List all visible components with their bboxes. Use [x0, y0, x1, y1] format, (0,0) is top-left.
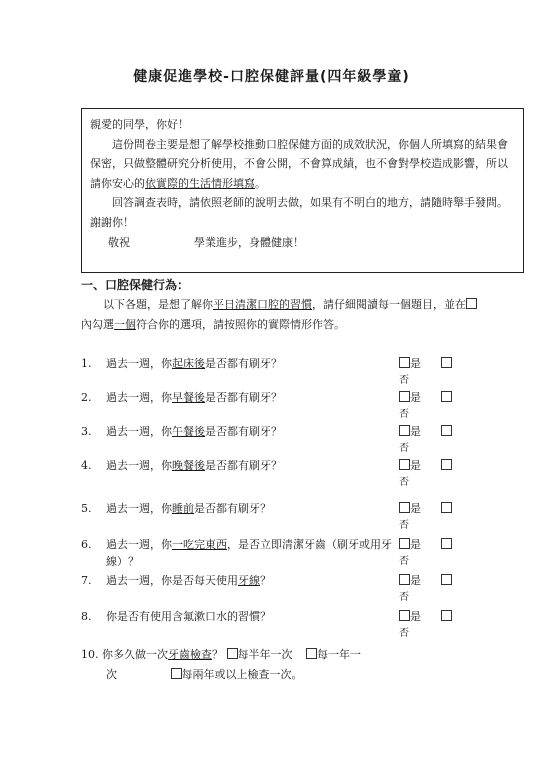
q-emphasis: 一吃完東西 — [172, 538, 227, 551]
yes-checkbox[interactable] — [399, 391, 410, 402]
q-text: 你多久做一次 — [102, 648, 168, 661]
question-text: 過去一週，你早餐後是否都有刷牙？ — [106, 389, 396, 406]
closing-left: 敬祝 — [108, 236, 130, 249]
question-number: 3. — [81, 423, 103, 440]
option-one-year-label: 每一年一 — [317, 648, 361, 661]
closing-right: 學業進步，身體健康！ — [194, 236, 304, 249]
q-text: 過去一週，你 — [106, 502, 172, 515]
section-heading: 一、口腔保健行為： — [81, 276, 189, 293]
question-number: 7. — [81, 572, 103, 589]
option-one-year-checkbox[interactable] — [306, 648, 317, 659]
yes-label: 是 — [410, 425, 421, 438]
no-label: 否 — [399, 440, 409, 457]
question-number: 4. — [81, 457, 103, 474]
option-half-year-checkbox[interactable] — [227, 648, 238, 659]
yes-checkbox[interactable] — [399, 502, 410, 513]
answer-options: 是 否 — [399, 389, 459, 406]
no-label: 否 — [399, 474, 409, 491]
instr-emphasis: 平日清潔口腔的習慣 — [213, 298, 312, 311]
question-10-line-1: 10. 你多久做一次牙齒檢查？ 每半年一次 每一年一 — [81, 645, 481, 665]
answer-options: 是 否 — [399, 572, 459, 589]
answer-options: 是 否 — [399, 536, 459, 553]
question-10-line-2: 次 每兩年或以上檢查一次。 — [81, 665, 481, 685]
yes-label: 是 — [410, 357, 421, 370]
no-label: 否 — [399, 553, 409, 570]
q-emphasis: 睡前 — [172, 502, 194, 515]
yes-label: 是 — [410, 574, 421, 587]
question-text: 過去一週，你晚餐後是否都有刷牙？ — [106, 457, 396, 474]
question-text: 過去一週，你午餐後是否都有刷牙？ — [106, 423, 396, 440]
intro-text-end: 。 — [255, 177, 266, 190]
no-checkbox[interactable] — [441, 538, 452, 549]
q-text: 過去一週，你 — [106, 459, 172, 472]
q-text: ？ — [212, 648, 223, 661]
instr-text: ，請仔細閱讀每一個題目，並在 — [312, 298, 466, 311]
yes-label: 是 — [410, 502, 421, 515]
q-text: 是否都有刷牙？ — [205, 391, 282, 404]
yes-label: 是 — [410, 391, 421, 404]
q-emphasis: 牙齒檢查 — [168, 648, 212, 661]
greeting: 親愛的同學，你好！ — [90, 115, 515, 135]
no-checkbox[interactable] — [441, 610, 452, 621]
yes-checkbox[interactable] — [399, 574, 410, 585]
closing: 敬祝學業進步，身體健康！ — [90, 233, 515, 253]
question-text: 過去一週，你起床後是否都有刷牙？ — [106, 355, 396, 372]
no-checkbox[interactable] — [441, 357, 452, 368]
no-checkbox[interactable] — [441, 459, 452, 470]
no-label: 否 — [399, 517, 409, 534]
question-text: 過去一週，你睡前是否都有刷牙？ — [106, 500, 396, 517]
question-number: 2. — [81, 389, 103, 406]
option-one-year-label-cont: 次 — [106, 668, 117, 681]
question-text: 你是否有使用含氟漱口水的習慣？ — [106, 608, 396, 625]
no-label: 否 — [399, 589, 409, 606]
answer-options: 是 否 — [399, 423, 459, 440]
instr-emphasis: 一個 — [114, 318, 136, 331]
q-text: 你是否有使用含氟漱口水的習慣？ — [106, 610, 271, 623]
intro-paragraph-1: 這份問卷主要是想了解學校推動口腔保健方面的成效狀況，你個人所填寫的結果會保密，只… — [90, 135, 515, 194]
question-number: 1. — [81, 355, 103, 372]
q-text: 是否都有刷牙？ — [194, 502, 271, 515]
checkbox-icon — [466, 298, 477, 309]
question-number: 5. — [81, 500, 103, 517]
yes-checkbox[interactable] — [399, 357, 410, 368]
option-two-years-checkbox[interactable] — [171, 668, 182, 679]
no-label: 否 — [399, 625, 409, 642]
answer-options: 是 否 — [399, 355, 459, 372]
no-checkbox[interactable] — [441, 391, 452, 402]
yes-label: 是 — [410, 538, 421, 551]
yes-checkbox[interactable] — [399, 610, 410, 621]
q-emphasis: 早餐後 — [172, 391, 205, 404]
question-number: 6. — [81, 536, 103, 553]
answer-options: 是 否 — [399, 500, 459, 517]
q-text: 過去一週，你是否每天使用 — [106, 574, 238, 587]
q-emphasis: 起床後 — [172, 357, 205, 370]
answer-options: 是 否 — [399, 457, 459, 474]
question-text: 過去一週，你一吃完東西，是否立即清潔牙齒（刷牙或用牙線）？ — [106, 536, 396, 570]
yes-label: 是 — [410, 610, 421, 623]
instr-text: 內勾選 — [81, 318, 114, 331]
yes-checkbox[interactable] — [399, 459, 410, 470]
no-label: 否 — [399, 372, 409, 389]
question-number: 8. — [81, 608, 103, 625]
q-emphasis: 午餐後 — [172, 425, 205, 438]
answer-options: 是 否 — [399, 608, 459, 625]
question-number: 10. — [81, 648, 99, 661]
option-two-years-label: 每兩年或以上檢查一次。 — [182, 668, 303, 681]
intro-emphasis: 依實際的生活情形填寫 — [145, 177, 255, 190]
instructions: 以下各題，是想了解你平日清潔口腔的習慣，請仔細閱讀每一個題目，並在內勾選一個符合… — [81, 295, 481, 334]
yes-label: 是 — [410, 459, 421, 472]
instructions-text: 以下各題，是想了解你平日清潔口腔的習慣，請仔細閱讀每一個題目，並在內勾選一個符合… — [81, 295, 481, 334]
q-text: 過去一週，你 — [106, 357, 172, 370]
page-title: 健康促進學校-口腔保健評量(四年級學童) — [0, 66, 543, 86]
option-half-year-label: 每半年一次 — [238, 648, 293, 661]
q-text: ？ — [260, 574, 271, 587]
intro-paragraph-2: 回答調查表時，請依照老師的說明去做，如果有不明白的地方，請隨時舉手發問。謝謝你！ — [90, 193, 515, 232]
q-text: 過去一週，你 — [106, 391, 172, 404]
q-text: 是否都有刷牙？ — [205, 425, 282, 438]
no-checkbox[interactable] — [441, 425, 452, 436]
q-text: 是否都有刷牙？ — [205, 459, 282, 472]
yes-checkbox[interactable] — [399, 538, 410, 549]
no-label: 否 — [399, 406, 409, 423]
intro-letter-box: 親愛的同學，你好！ 這份問卷主要是想了解學校推動口腔保健方面的成效狀況，你個人所… — [81, 108, 524, 273]
instr-text: 符合你的選項，請按照你的實際情形作答。 — [136, 318, 345, 331]
q-text: 是否都有刷牙？ — [205, 357, 282, 370]
question-text: 過去一週，你是否每天使用牙線？ — [106, 572, 396, 589]
question-10: 10. 你多久做一次牙齒檢查？ 每半年一次 每一年一 次 每兩年或以上檢查一次。 — [81, 645, 481, 685]
q-emphasis: 晚餐後 — [172, 459, 205, 472]
no-checkbox[interactable] — [441, 574, 452, 585]
q-emphasis: 牙線 — [238, 574, 260, 587]
yes-checkbox[interactable] — [399, 425, 410, 436]
instr-text: 以下各題，是想了解你 — [103, 298, 213, 311]
q-text: 過去一週，你 — [106, 538, 172, 551]
q-text: 過去一週，你 — [106, 425, 172, 438]
no-checkbox[interactable] — [441, 502, 452, 513]
